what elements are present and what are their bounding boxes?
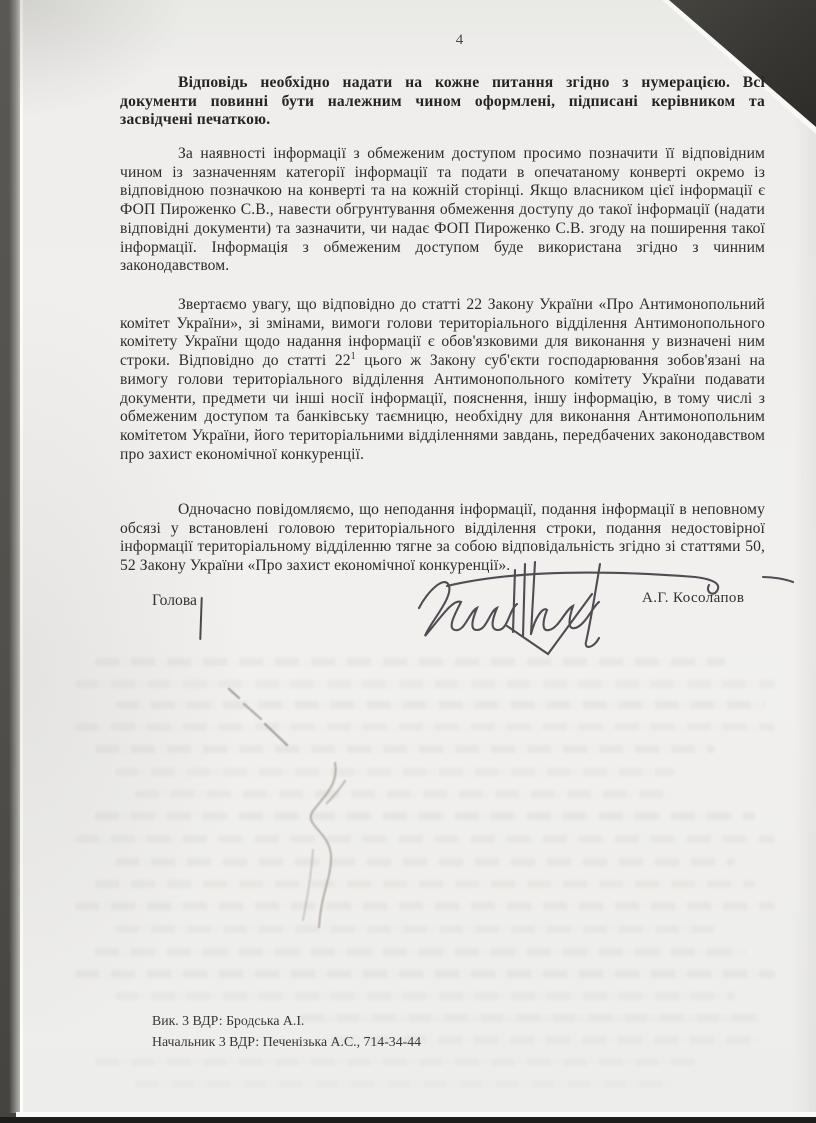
page-number: 4 <box>137 32 782 49</box>
stain-mark <box>195 645 395 945</box>
footer-line-chief: Начальник 3 ВДР: Печенізька А.С., 714-34… <box>152 1032 421 1053</box>
footer-contacts: Вик. 3 ВДР: Бродська А.І. Начальник 3 ВД… <box>152 1011 421 1052</box>
body-paragraph-1: Відповідь необхідно надати на кожне пита… <box>120 74 765 130</box>
signature-role-title: Голова <box>152 592 197 610</box>
footer-line-executor: Вик. 3 ВДР: Бродська А.І. <box>152 1011 421 1032</box>
scan-bottom-line <box>0 1117 816 1123</box>
body-paragraph-2: За наявності інформації з обмеженим дост… <box>120 145 765 276</box>
body-paragraph-3: Звертаємо увагу, що відповідно до статті… <box>120 296 765 464</box>
signature-name: А.Г. Косолапов <box>642 590 744 607</box>
scanned-document-canvas: 4 Відповідь необхідно надати на кожне пи… <box>0 0 816 1123</box>
